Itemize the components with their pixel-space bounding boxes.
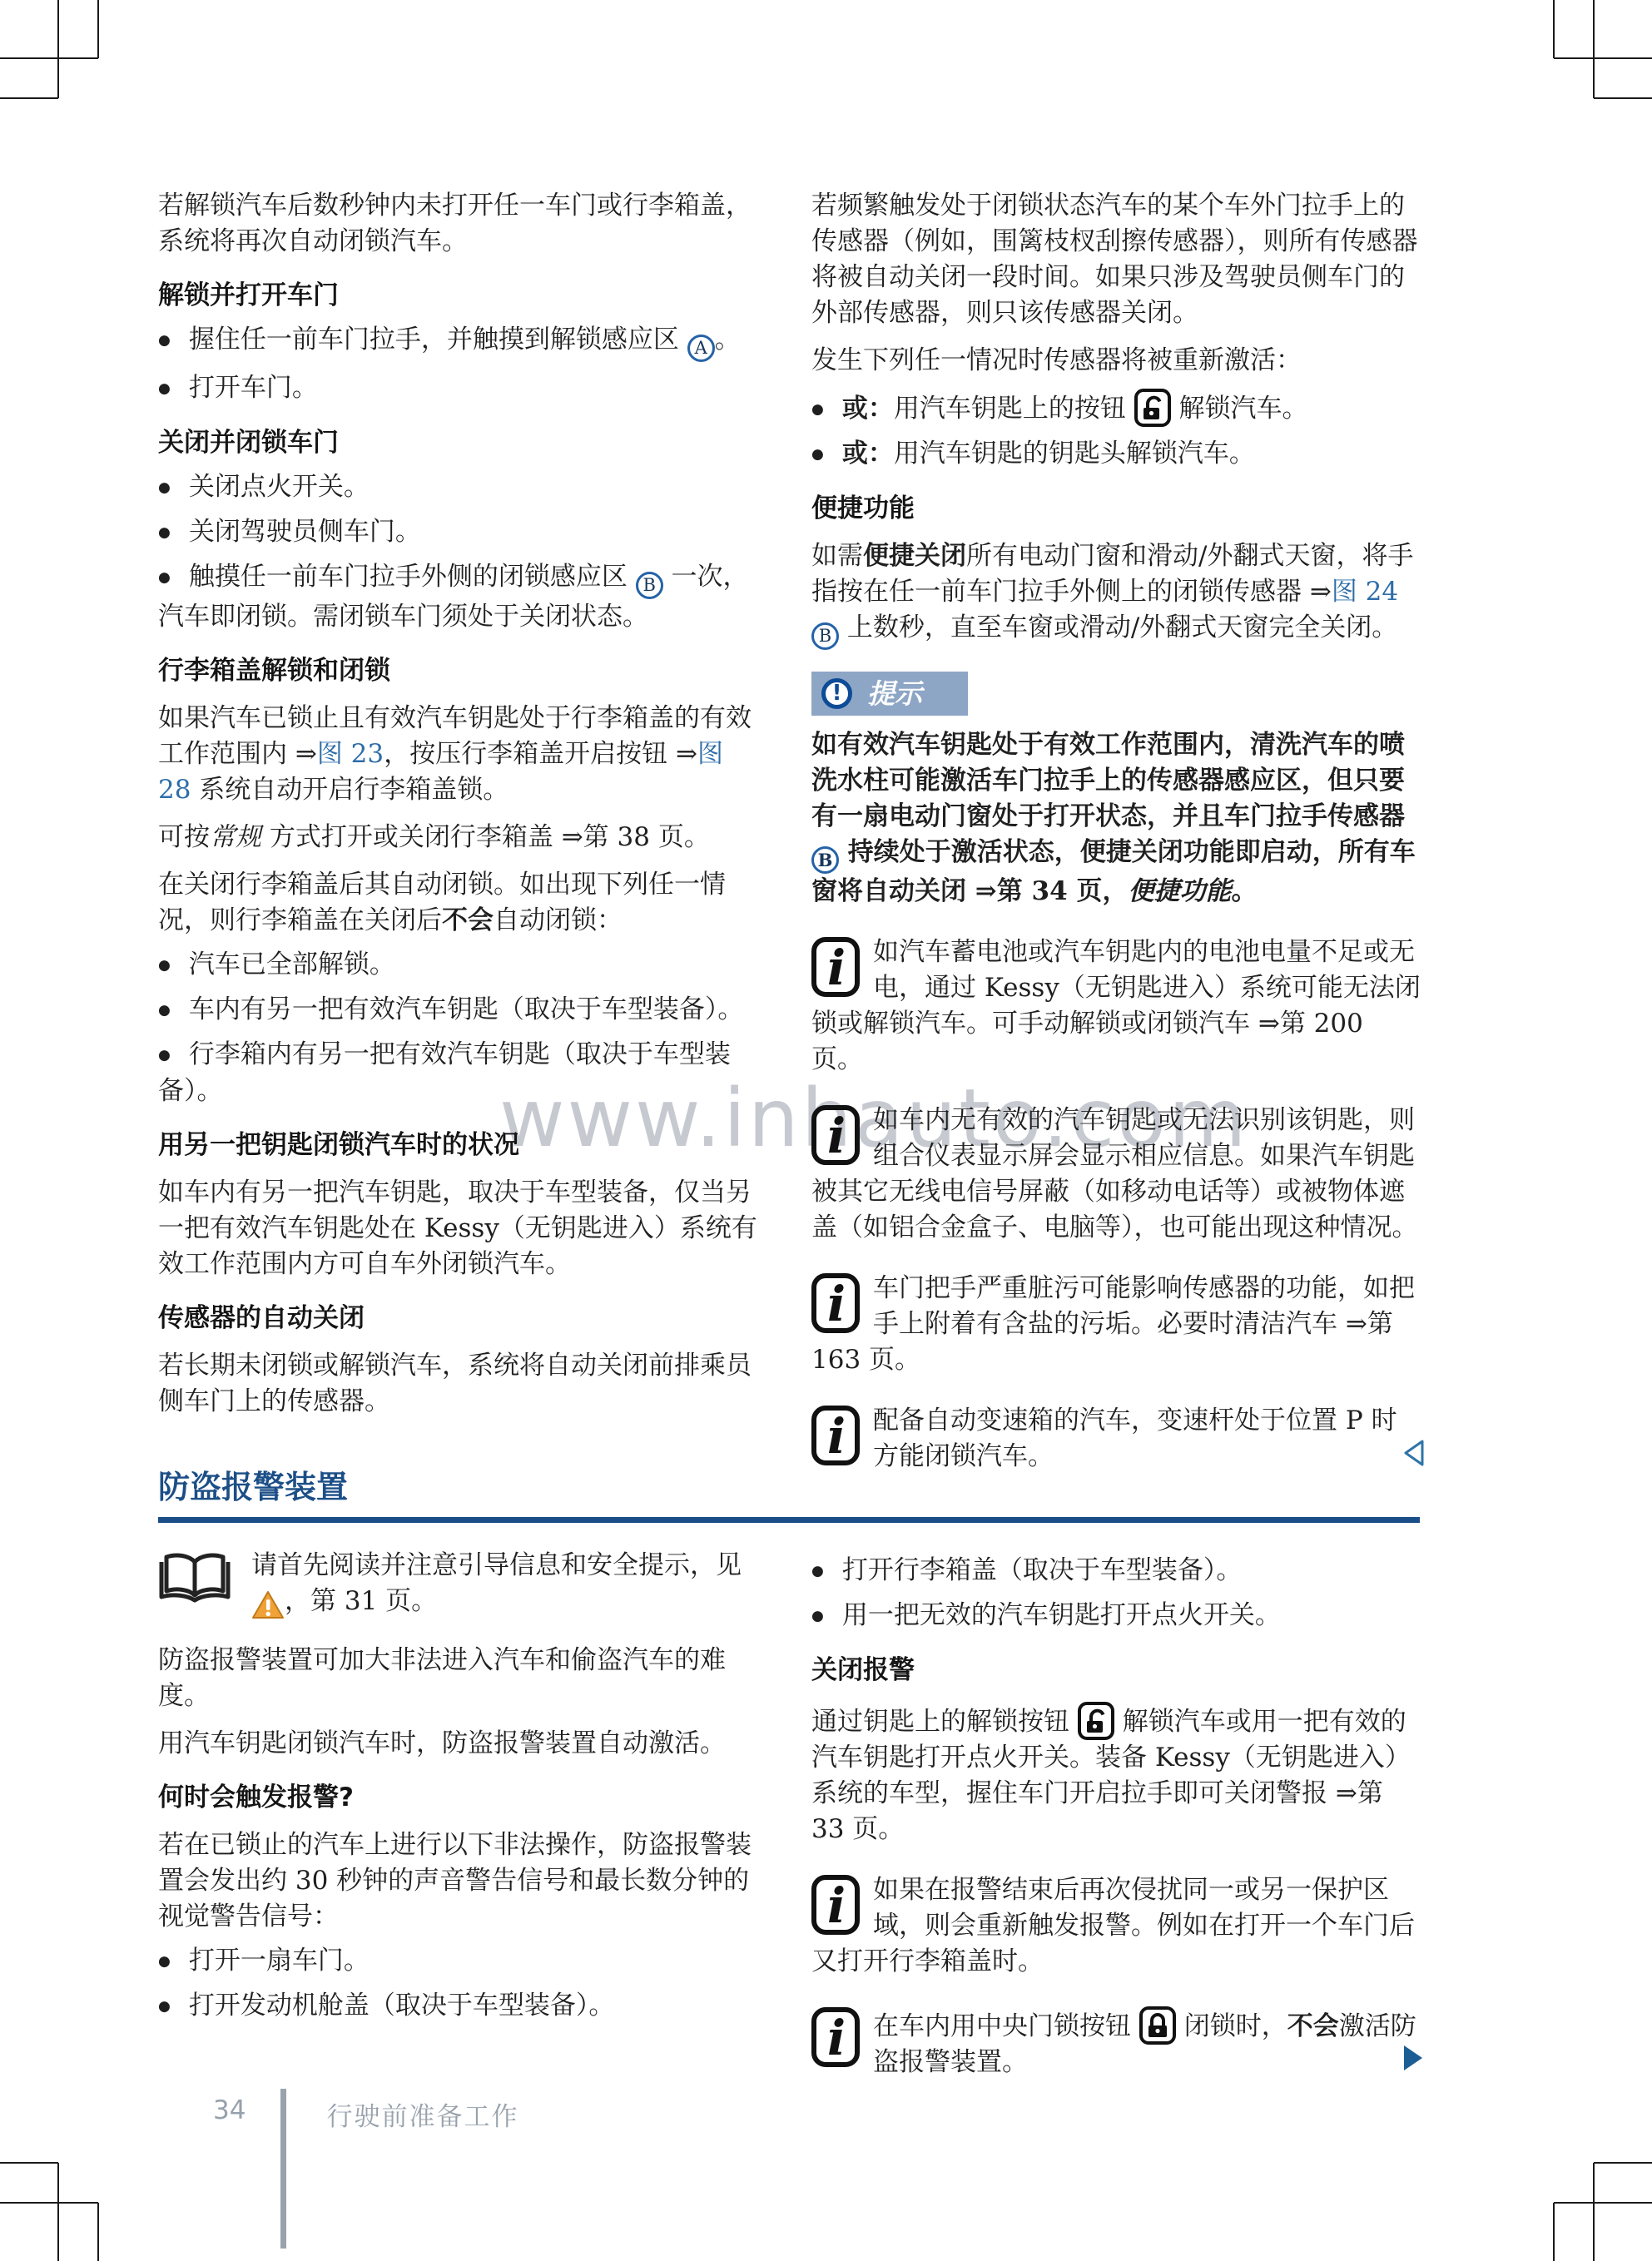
- text-run: 闭锁时，: [1176, 2011, 1287, 2041]
- text-run: 。: [1232, 876, 1258, 906]
- info-icon: i: [811, 1875, 860, 1935]
- info-note: i在车内用中央门锁按钮 闭锁时，不会激活防盗报警装置。: [811, 2005, 1421, 2080]
- text-run: ，按压行李箱盖开启按钮 ⇒: [384, 739, 697, 769]
- crop-mark: [0, 57, 98, 59]
- list-item: ●关闭点火开关。: [158, 469, 759, 506]
- paragraph: 如需便捷关闭所有电动门窗和滑动/外翻式天窗，将手指按在任一前车门拉手外侧上的闭锁…: [811, 538, 1421, 650]
- subheading: 关闭并闭锁车门: [158, 425, 759, 461]
- text-run: 防盗报警装置可加大非法进入汽车和偷盗汽车的难度。: [158, 1645, 726, 1711]
- info-note: i车门把手严重脏污可能影响传感器的功能，如把手上附着有含盐的污垢。必要时清洁汽车…: [811, 1271, 1421, 1378]
- subheading: 何时会触发报警?: [158, 1780, 759, 1816]
- alert-exclamation-icon: !: [821, 678, 852, 709]
- text-run: 行李箱内有另一把有效汽车钥匙（取决于车型装备）。: [158, 1039, 731, 1106]
- text-run: 便捷关闭: [863, 541, 966, 571]
- crop-mark: [1553, 0, 1555, 58]
- crop-mark: [1554, 57, 1652, 59]
- page-footer: 34 行驶前准备工作: [213, 2089, 518, 2249]
- text-run: 关闭报警: [811, 1655, 915, 1685]
- list-item: ●汽车已全部解锁。: [158, 947, 759, 984]
- text-run: 上数秒，直至车窗或滑动/外翻式天窗完全关闭。: [839, 612, 1397, 642]
- circled-letter-B: B: [811, 846, 839, 874]
- bullet-dot: ●: [811, 446, 824, 463]
- tip-box: !提示如有效汽车钥匙处于有效工作范围内，清洗汽车的喷洗水柱可能激活车门拉手上的传…: [811, 672, 1421, 910]
- text-run: 用汽车钥匙闭锁汽车时，防盗报警装置自动激活。: [158, 1728, 726, 1758]
- text-run: 车内有另一把有效汽车钥匙（取决于车型装备）。: [189, 994, 744, 1024]
- list-item: ●或：用汽车钥匙的钥匙头解锁汽车。: [811, 436, 1421, 473]
- paragraph: 若解锁汽车后数秒钟内未打开任一车门或行李箱盖，系统将再次自动闭锁汽车。: [158, 188, 759, 260]
- bullet-dot: ●: [158, 1047, 171, 1064]
- bullet-dot: ●: [158, 380, 171, 397]
- svg-text:i: i: [827, 940, 846, 996]
- text-run: 关闭驾驶员侧车门。: [189, 517, 421, 547]
- info-icon: i: [811, 1105, 860, 1165]
- text-run: 若在已锁止的汽车上进行以下非法操作，防盗报警装置会发出约 30 秒钟的声音警告信…: [158, 1830, 752, 1931]
- warning-triangle-icon: [251, 1584, 285, 1619]
- text-run: 不会: [442, 905, 494, 935]
- text-run: 行李箱盖解锁和闭锁: [158, 656, 390, 686]
- text-run: 系统自动开启行李箱盖锁。: [191, 775, 508, 805]
- manual-page: www.inhauto.com 若解锁汽车后数秒钟内未打开任一车门或行李箱盖，系…: [0, 0, 1652, 2261]
- info-note: i如果在报警结束后再次侵扰同一或另一保护区域，则会重新触发报警。例如在打开一个车…: [811, 1872, 1421, 1980]
- text-run: 车门把手严重脏污可能影响传感器的功能，如把手上附着有含盐的污垢。必要时清洁汽车 …: [811, 1273, 1415, 1375]
- text-run: 自动闭锁：: [494, 905, 623, 935]
- column-right-bottom: ●打开行李箱盖（取决于车型装备）。●用一把无效的汽车钥匙打开点火开关。关闭报警通…: [811, 1545, 1421, 2080]
- figure-reference: 图 23: [317, 739, 384, 769]
- paragraph: 用汽车钥匙闭锁汽车时，防盗报警装置自动激活。: [158, 1726, 759, 1762]
- text-run: 触摸任一前车门拉手外侧的闭锁感应区: [189, 562, 636, 592]
- circled-letter-B: B: [811, 622, 839, 650]
- paragraph: 可按常规 方式打开或关闭行李箱盖 ⇒第 38 页。: [158, 820, 759, 855]
- text-run: 用一把无效的汽车钥匙打开点火开关。: [842, 1600, 1281, 1630]
- chapter-title: 行驶前准备工作: [326, 2095, 518, 2133]
- text-run: 若频繁触发处于闭锁状态汽车的某个车外门拉手上的传感器（例如，围篱枝杈刮擦传感器）…: [811, 191, 1418, 328]
- section-header-alarm: 防盗报警装置: [158, 1461, 1420, 1523]
- crop-mark: [1553, 2203, 1555, 2261]
- bullet-dot: ●: [811, 1608, 824, 1624]
- unlock-button-icon: [1078, 1700, 1114, 1740]
- crop-mark: [0, 97, 58, 99]
- info-icon: i: [811, 1273, 860, 1333]
- text-run: 如有效汽车钥匙处于有效工作范围内，清洗汽车的喷洗水柱可能激活车门拉手上的传感器感…: [811, 730, 1405, 831]
- crop-mark: [1554, 2202, 1652, 2204]
- page-number: 34: [213, 2095, 246, 2125]
- text-run: 如车内有另一把汽车钥匙，取决于车型装备，仅当另一把有效汽车钥匙处在 Kessy（…: [158, 1178, 757, 1279]
- crop-mark: [1594, 97, 1652, 99]
- text-run: 如车内无有效的汽车钥匙或无法识别该钥匙，则组合仪表显示屏会显示相应信息。如果汽车…: [811, 1105, 1418, 1242]
- info-icon: i: [811, 1406, 860, 1465]
- subheading: 传感器的自动关闭: [158, 1301, 759, 1336]
- text-run: 常规: [210, 822, 261, 852]
- bullet-dot: ●: [158, 332, 171, 349]
- text-run: 便捷功能: [1129, 876, 1232, 906]
- lock-button-icon: [1139, 2005, 1176, 2045]
- crop-mark: [0, 2202, 98, 2204]
- column-left-top: 若解锁汽车后数秒钟内未打开任一车门或行李箱盖，系统将再次自动闭锁汽车。解锁并打开…: [158, 176, 759, 1420]
- info-icon: i: [811, 2007, 860, 2067]
- text-run: 发生下列任一情况时传感器将被重新激活：: [811, 345, 1302, 375]
- bullet-dot: ●: [158, 1002, 171, 1019]
- text-run: 汽车已全部解锁。: [189, 950, 395, 979]
- circled-letter-B: B: [636, 572, 663, 599]
- text-run: 用另一把钥匙闭锁汽车时的状况: [158, 1130, 519, 1160]
- info-note: i如车内无有效的汽车钥匙或无法识别该钥匙，则组合仪表显示屏会显示相应信息。如果汽…: [811, 1103, 1421, 1246]
- svg-text:i: i: [827, 1877, 846, 1934]
- text-run: 传感器的自动关闭: [158, 1303, 365, 1333]
- column-right-top: 若频繁触发处于闭锁状态汽车的某个车外门拉手上的传感器（例如，围篱枝杈刮擦传感器）…: [811, 176, 1421, 1475]
- subheading: 关闭报警: [811, 1653, 1421, 1688]
- text-run: 或：: [842, 439, 894, 469]
- crop-mark: [97, 2203, 99, 2261]
- svg-text:i: i: [827, 2010, 846, 2066]
- list-item: ●打开行李箱盖（取决于车型装备）。: [811, 1553, 1421, 1589]
- paragraph: 如果汽车已锁止且有效汽车钥匙处于行李箱盖的有效工作范围内 ⇒图 23，按压行李箱…: [158, 701, 759, 808]
- text-run: 方式打开或关闭行李箱盖 ⇒第 38 页。: [261, 822, 710, 852]
- paragraph: 如车内有另一把汽车钥匙，取决于车型装备，仅当另一把有效汽车钥匙处在 Kessy（…: [158, 1175, 759, 1282]
- text-run: 解锁汽车。: [1171, 394, 1308, 424]
- text-run: 打开车门。: [189, 373, 318, 403]
- subheading: 便捷功能: [811, 491, 1421, 527]
- list-item: ●或：用汽车钥匙上的按钮 解锁汽车。: [811, 387, 1421, 428]
- list-item: ●车内有另一把有效汽车钥匙（取决于车型装备）。: [158, 992, 759, 1029]
- paragraph: 发生下列任一情况时传感器将被重新激活：: [811, 343, 1421, 379]
- paragraph: 防盗报警装置可加大非法进入汽车和偷盗汽车的难度。: [158, 1643, 759, 1714]
- open-book-icon: [158, 1551, 231, 1603]
- list-item: ●关闭驾驶员侧车门。: [158, 514, 759, 551]
- svg-text:i: i: [827, 1408, 846, 1465]
- text-run: 持续处于激活状态，便捷关闭功能即启动，所有车窗将自动关闭 ⇒第 34 页，: [811, 837, 1416, 906]
- text-run: 不会: [1287, 2011, 1339, 2041]
- list-item: ●打开一扇车门。: [158, 1943, 759, 1980]
- text-run: 。: [715, 325, 741, 355]
- text-run: 请首先阅读并注意引导信息和安全提示，见: [251, 1550, 742, 1580]
- text-run: 关闭并闭锁车门: [158, 428, 339, 458]
- crop-mark: [57, 0, 59, 98]
- paragraph: 通过钥匙上的解锁按钮 解锁汽车或用一把有效的汽车钥匙打开点火开关。装备 Kess…: [811, 1700, 1421, 1847]
- unlock-button-icon: [1134, 387, 1171, 427]
- text-run: 如需: [811, 541, 863, 571]
- paragraph: 若频繁触发处于闭锁状态汽车的某个车外门拉手上的传感器（例如，围篱枝杈刮擦传感器）…: [811, 188, 1421, 331]
- list-item: ●用一把无效的汽车钥匙打开点火开关。: [811, 1598, 1421, 1634]
- section-title: 防盗报警装置: [158, 1461, 1420, 1507]
- section-continues-icon: [1402, 2044, 1424, 2082]
- info-icon: i: [811, 937, 860, 997]
- text-run: 关闭点火开关。: [189, 472, 370, 502]
- read-first-note: 请首先阅读并注意引导信息和安全提示，见 ，第 31 页。: [158, 1548, 759, 1619]
- text-run: 在车内用中央门锁按钮: [873, 2011, 1139, 2041]
- footer-divider: [280, 2089, 286, 2249]
- list-item: ●打开发动机舱盖（取决于车型装备）。: [158, 1988, 759, 2025]
- svg-text:i: i: [827, 1108, 846, 1164]
- text-run: 若解锁汽车后数秒钟内未打开任一车门或行李箱盖，系统将再次自动闭锁汽车。: [158, 191, 752, 256]
- paragraph: 若在已锁止的汽车上进行以下非法操作，防盗报警装置会发出约 30 秒钟的声音警告信…: [158, 1827, 759, 1935]
- bullet-dot: ●: [811, 1563, 824, 1579]
- tip-body: 如有效汽车钥匙处于有效工作范围内，清洗汽车的喷洗水柱可能激活车门拉手上的传感器感…: [811, 727, 1421, 910]
- crop-mark: [57, 2163, 59, 2261]
- subheading: 用另一把钥匙闭锁汽车时的状况: [158, 1128, 759, 1163]
- svg-text:i: i: [827, 1276, 846, 1332]
- column-left-bottom: 请首先阅读并注意引导信息和安全提示，见 ，第 31 页。防盗报警装置可加大非法进…: [158, 1545, 759, 2025]
- subheading: 解锁并打开车门: [158, 278, 759, 314]
- crop-mark: [1593, 2163, 1595, 2261]
- paragraph: 若长期未闭锁或解锁汽车，系统将自动关闭前排乘员侧车门上的传感器。: [158, 1348, 759, 1420]
- text-run: 或：: [842, 394, 894, 424]
- paragraph: 在关闭行李箱盖后其自动闭锁。如出现下列任一情况，则行李箱盖在关闭后不会自动闭锁：: [158, 867, 759, 939]
- text-run: 如汽车蓄电池或汽车钥匙内的电池电量不足或无电，通过 Kessy（无钥匙进入）系统…: [811, 937, 1421, 1074]
- bullet-dot: ●: [158, 1953, 171, 1970]
- bullet-dot: ●: [811, 401, 824, 418]
- bullet-dot: ●: [158, 1998, 171, 2015]
- text-run: 便捷功能: [811, 493, 915, 523]
- bullet-dot: ●: [158, 569, 171, 586]
- text-run: 握住任一前车门拉手，并触摸到解锁感应区: [189, 325, 687, 355]
- text-run: 打开发动机舱盖（取决于车型装备）。: [189, 1991, 615, 2021]
- section-title-rule: [158, 1517, 1420, 1523]
- tip-title: 提示: [867, 676, 922, 712]
- list-item: ●触摸任一前车门拉手外侧的闭锁感应区 B 一次，汽车即闭锁。需闭锁车门须处于关闭…: [158, 559, 759, 635]
- crop-mark: [1594, 2162, 1652, 2164]
- list-item: ●握住任一前车门拉手，并触摸到解锁感应区 A。: [158, 322, 759, 362]
- text-run: 用汽车钥匙上的按钮: [894, 394, 1134, 424]
- text-run: 如果在报警结束后再次侵扰同一或另一保护区域，则会重新触发报警。例如在打开一个车门…: [811, 1875, 1415, 1976]
- text-run: 何时会触发报警?: [158, 1783, 354, 1812]
- text-run: 打开一扇车门。: [189, 1946, 370, 1976]
- circled-letter-A: A: [687, 335, 715, 362]
- bullet-dot: ●: [158, 524, 171, 541]
- subheading: 行李箱盖解锁和闭锁: [158, 653, 759, 689]
- tip-header: !提示: [811, 672, 968, 716]
- list-item: ●行李箱内有另一把有效汽车钥匙（取决于车型装备）。: [158, 1037, 759, 1109]
- crop-mark: [97, 0, 99, 58]
- text-run: 用汽车钥匙的钥匙头解锁汽车。: [894, 439, 1255, 469]
- text-run: 可按: [158, 822, 210, 852]
- text-run: ，第 31 页。: [285, 1586, 437, 1616]
- text-run: 通过钥匙上的解锁按钮: [811, 1707, 1078, 1737]
- text-run: 若长期未闭锁或解锁汽车，系统将自动关闭前排乘员侧车门上的传感器。: [158, 1351, 752, 1416]
- figure-reference: 图 24: [1332, 577, 1398, 607]
- info-note: i如汽车蓄电池或汽车钥匙内的电池电量不足或无电，通过 Kessy（无钥匙进入）系…: [811, 935, 1421, 1078]
- bullet-dot: ●: [158, 479, 171, 496]
- crop-mark: [0, 2162, 58, 2164]
- bullet-dot: ●: [158, 957, 171, 974]
- text-run: 打开行李箱盖（取决于车型装备）。: [842, 1555, 1243, 1585]
- text-run: 解锁并打开车门: [158, 280, 339, 310]
- crop-mark: [1593, 0, 1595, 98]
- list-item: ●打开车门。: [158, 370, 759, 407]
